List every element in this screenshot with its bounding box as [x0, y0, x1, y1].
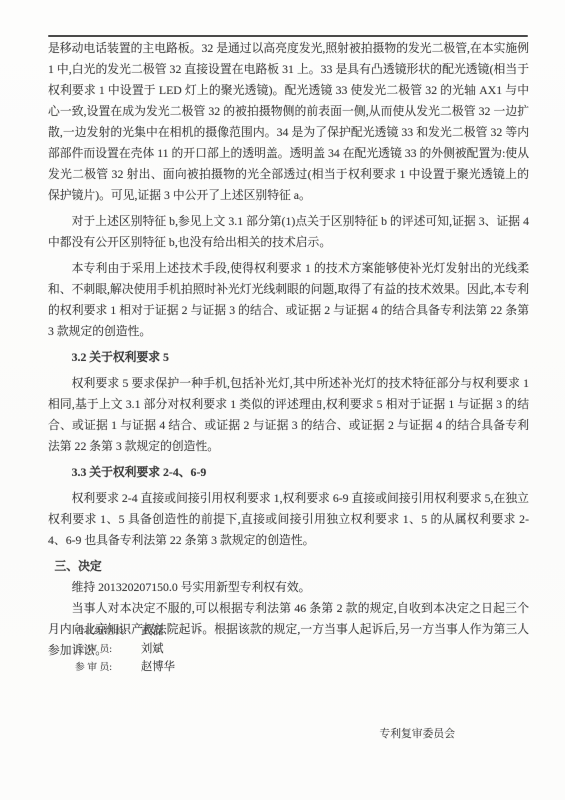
body-paragraph: 权利要求 2-4 直接或间接引用权利要求 1,权利要求 6-9 直接或间接引用权… — [48, 488, 529, 551]
decision-statement: 维持 201320207150.0 号实用新型专利权有效。 — [48, 577, 529, 598]
body-paragraph: 对于上述区别特征 b,参见上文 3.1 部分第(1)点关于区别特征 b 的评述可… — [48, 211, 529, 253]
signature-line-chief-examiner: 主 审 员: 刘斌 — [75, 639, 175, 657]
page-top-rule — [48, 35, 528, 37]
document-body: 是移动电话装置的主电路板。32 是通过以高亮度发光,照射被拍摄物的发光二极管,在… — [48, 38, 529, 661]
body-paragraph: 权利要求 5 要求保护一种手机,包括补光灯,其中所述补光灯的技术特征部分与权利要… — [48, 373, 529, 457]
signature-line-panel-chief: 合议组组长: 武磊 — [75, 621, 175, 639]
subsection-heading-3-3: 3.3 关于权利要求 2-4、6-9 — [48, 462, 529, 483]
body-paragraph: 是移动电话装置的主电路板。32 是通过以高亮度发光,照射被拍摄物的发光二极管,在… — [48, 38, 529, 206]
signature-name: 武磊 — [141, 625, 164, 637]
signature-block: 合议组组长: 武磊 主 审 员: 刘斌 参 审 员: 赵博华 — [75, 621, 175, 675]
signature-name: 赵博华 — [141, 661, 175, 673]
page-footer-issuer: 专利复审委员会 — [379, 726, 455, 741]
subsection-heading-3-2: 3.2 关于权利要求 5 — [48, 347, 529, 368]
signature-name: 刘斌 — [141, 643, 164, 655]
patent-decision-page: 是移动电话装置的主电路板。32 是通过以高亮度发光,照射被拍摄物的发光二极管,在… — [0, 0, 565, 800]
signature-role-label: 参 审 员: — [75, 659, 132, 677]
signature-line-participating-examiner: 参 审 员: 赵博华 — [75, 657, 175, 675]
section-heading-decision: 三、决定 — [48, 556, 529, 577]
body-paragraph: 本专利由于采用上述技术手段,使得权利要求 1 的技术方案能够使补光灯发射出的光线… — [48, 258, 529, 342]
